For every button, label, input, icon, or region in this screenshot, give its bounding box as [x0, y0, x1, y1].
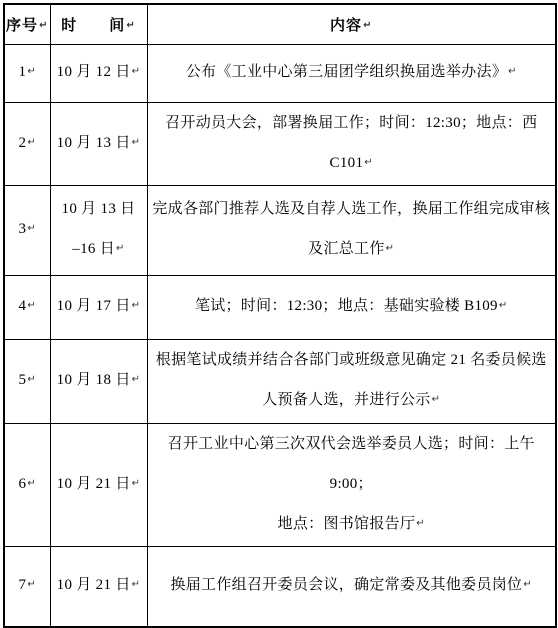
content-cell: 换届工作组召开委员会议，确定常委及其他委员岗位↵	[147, 546, 556, 627]
row-number: 4	[19, 298, 27, 314]
paragraph-mark-icon: ↵	[508, 66, 517, 77]
date-cell: 10 月 13 日↵	[50, 102, 147, 185]
content-cell: 公布《工业中心第三届团学组织换届选举办法》↵	[147, 44, 556, 102]
paragraph-mark-icon: ↵	[27, 374, 36, 385]
paragraph-mark-icon: ↵	[27, 223, 36, 234]
header-cell-content: 内容↵	[147, 4, 556, 44]
table-row: 2↵ 10 月 13 日↵ 召开动员大会，部署换届工作；时间：12:30；地点：…	[4, 102, 556, 185]
paragraph-mark-icon: ↵	[27, 579, 36, 590]
date-cell: 10 月 12 日↵	[50, 44, 147, 102]
content-text: 召开动员大会，部署换届工作；时间：12:30；地点：西 C101	[165, 115, 537, 171]
paragraph-mark-icon: ↵	[39, 20, 48, 31]
paragraph-mark-icon: ↵	[27, 137, 36, 148]
paragraph-mark-icon: ↵	[523, 579, 532, 590]
content-text: 笔试；时间：12:30；地点：基础实验楼 B109	[195, 298, 498, 314]
paragraph-mark-icon: ↵	[116, 243, 125, 254]
table-row: 3↵ 10 月 13 日 –16 日↵ 完成各部门推荐人选及自荐人选工作，换届工…	[4, 185, 556, 275]
document-page: 序号↵ 时 间↵ 内容↵ 1↵ 10 月 12 日↵ 公布《工业中心第三届团学组…	[0, 0, 558, 628]
content-text: 完成各部门推荐人选及自荐人选工作，换届工作组完成审核	[152, 201, 550, 217]
table-row: 4↵ 10 月 17 日↵ 笔试；时间：12:30；地点：基础实验楼 B109↵	[4, 275, 556, 339]
paragraph-mark-icon: ↵	[499, 300, 508, 311]
header-no-label: 序号	[6, 18, 38, 34]
paragraph-mark-icon: ↵	[364, 157, 373, 168]
content-text: 召开工业中心第三次双代会选举委员人选；时间：上午 9:00；	[168, 436, 535, 492]
date-cell: 10 月 17 日↵	[50, 275, 147, 339]
table-row: 5↵ 10 月 18 日↵ 根据笔试成绩并结合各部门或班级意见确定 21 名委员…	[4, 339, 556, 423]
paragraph-mark-icon: ↵	[132, 66, 141, 77]
header-cell-no: 序号↵	[4, 4, 50, 44]
date-text: 10 月 13 日	[57, 135, 131, 151]
table-row: 7↵ 10 月 21 日↵ 换届工作组召开委员会议，确定常委及其他委员岗位↵	[4, 546, 556, 627]
row-number: 6	[19, 476, 27, 492]
paragraph-mark-icon: ↵	[386, 243, 395, 254]
date-cell: 10 月 21 日↵	[50, 423, 147, 546]
paragraph-mark-icon: ↵	[27, 66, 36, 77]
date-text: 10 月 12 日	[57, 64, 131, 80]
row-number-cell: 2↵	[4, 102, 50, 185]
date-text: 10 月 21 日	[57, 577, 131, 593]
header-row: 序号↵ 时 间↵ 内容↵	[4, 4, 556, 44]
paragraph-mark-icon: ↵	[416, 518, 425, 529]
row-number-cell: 1↵	[4, 44, 50, 102]
date-cell: 10 月 13 日 –16 日↵	[50, 185, 147, 275]
paragraph-mark-icon: ↵	[132, 478, 141, 489]
paragraph-mark-icon: ↵	[126, 20, 135, 31]
schedule-table: 序号↵ 时 间↵ 内容↵ 1↵ 10 月 12 日↵ 公布《工业中心第三届团学组…	[3, 3, 557, 628]
paragraph-mark-icon: ↵	[432, 394, 441, 405]
row-number: 1	[19, 64, 27, 80]
row-number-cell: 7↵	[4, 546, 50, 627]
content-text: 人预备人选，并进行公示	[262, 392, 430, 408]
header-content-label: 内容	[330, 18, 362, 34]
date-text: 10 月 21 日	[57, 476, 131, 492]
date-cell: 10 月 18 日↵	[50, 339, 147, 423]
content-text: 公布《工业中心第三届团学组织换届选举办法》	[186, 64, 507, 80]
header-time-label: 时 间	[61, 18, 125, 34]
paragraph-mark-icon: ↵	[132, 374, 141, 385]
content-text: 及汇总工作	[308, 241, 385, 257]
date-text: 10 月 17 日	[57, 298, 131, 314]
content-cell: 召开工业中心第三次双代会选举委员人选；时间：上午 9:00； 地点：图书馆报告厅…	[147, 423, 556, 546]
content-text: 根据笔试成绩并结合各部门或班级意见确定 21 名委员候选	[156, 352, 547, 368]
row-number-cell: 3↵	[4, 185, 50, 275]
date-text: 10 月 13 日	[62, 201, 136, 217]
row-number-cell: 4↵	[4, 275, 50, 339]
paragraph-mark-icon: ↵	[132, 579, 141, 590]
paragraph-mark-icon: ↵	[132, 137, 141, 148]
row-number-cell: 5↵	[4, 339, 50, 423]
paragraph-mark-icon: ↵	[132, 300, 141, 311]
row-number: 5	[19, 372, 27, 388]
table-row: 1↵ 10 月 12 日↵ 公布《工业中心第三届团学组织换届选举办法》↵	[4, 44, 556, 102]
date-cell: 10 月 21 日↵	[50, 546, 147, 627]
row-number: 2	[19, 135, 27, 151]
header-cell-time: 时 间↵	[50, 4, 147, 44]
paragraph-mark-icon: ↵	[27, 300, 36, 311]
content-cell: 根据笔试成绩并结合各部门或班级意见确定 21 名委员候选 人预备人选，并进行公示…	[147, 339, 556, 423]
paragraph-mark-icon: ↵	[363, 20, 372, 31]
content-text: 地点：图书馆报告厅	[278, 516, 416, 532]
content-cell: 召开动员大会，部署换届工作；时间：12:30；地点：西 C101↵	[147, 102, 556, 185]
table-row: 6↵ 10 月 21 日↵ 召开工业中心第三次双代会选举委员人选；时间：上午 9…	[4, 423, 556, 546]
content-cell: 笔试；时间：12:30；地点：基础实验楼 B109↵	[147, 275, 556, 339]
date-text: –16 日	[72, 241, 115, 257]
date-text: 10 月 18 日	[57, 372, 131, 388]
row-number: 3	[19, 221, 27, 237]
content-text: 换届工作组召开委员会议，确定常委及其他委员岗位	[170, 577, 522, 593]
content-cell: 完成各部门推荐人选及自荐人选工作，换届工作组完成审核 及汇总工作↵	[147, 185, 556, 275]
paragraph-mark-icon: ↵	[27, 478, 36, 489]
row-number-cell: 6↵	[4, 423, 50, 546]
row-number: 7	[19, 577, 27, 593]
